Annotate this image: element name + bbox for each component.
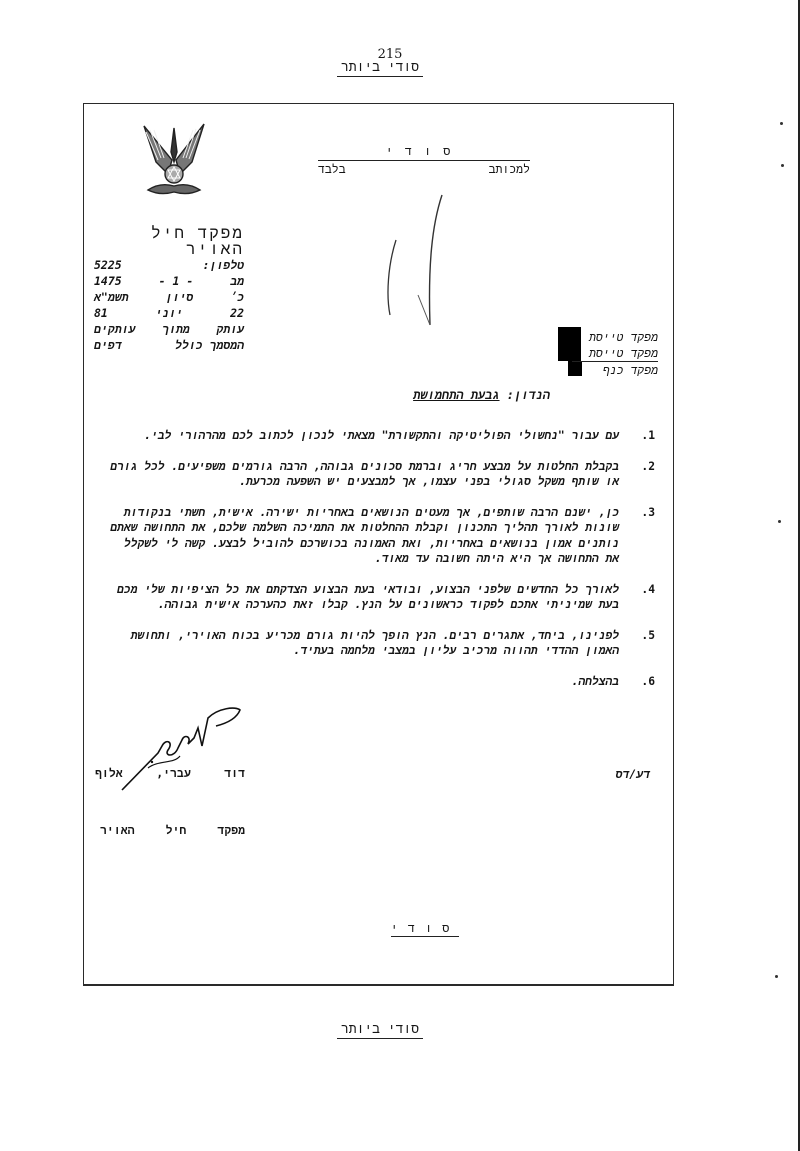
subject-label: הנדון: [507, 388, 550, 402]
paragraph-text: בהצלחה. [108, 674, 619, 690]
air-force-emblem-icon [138, 122, 210, 200]
paragraph: 3. כן, ישנם הרבה שותפים, אך מעטים הנושאי… [108, 505, 655, 567]
scan-speck [781, 164, 784, 167]
unit-row-hebrew-date: כ׳ סיון תשמ"א [94, 289, 244, 305]
paragraph: 5. לפנינו, ביחד, אתגרים רבים. הנץ הופך ל… [108, 628, 655, 659]
paragraph-text: בקבלת החלטות על מבצע חריג וברמת סכונים ג… [108, 459, 619, 490]
unit-row-reference: מב - 1 - 1475 [94, 273, 244, 289]
signer-first-name: דוד [224, 766, 245, 781]
unit-row-value: עותקים [94, 321, 135, 337]
paragraph-number: 2. [619, 459, 655, 490]
unit-row-value: 81 [94, 305, 108, 321]
subject-text: גבעת התחמושת [413, 388, 499, 402]
paragraph: 6. בהצלחה. [108, 674, 655, 690]
unit-row-middle: - 1 - [122, 273, 230, 289]
subject-line: הנדון: גבעת התחמושת [310, 388, 550, 403]
signer-name: דוד עברי, אלוף [95, 766, 245, 781]
unit-row-middle [122, 337, 175, 353]
unit-row-label: מב [230, 273, 244, 289]
unit-row-value: תשמ"א [94, 289, 129, 305]
addressee-only-right: למכותב [489, 162, 530, 177]
paragraph-text: עם עבור "נחשולי הפוליטיקה והתקשורת" מצאת… [108, 428, 619, 444]
unit-row-phone: טלפון: 5225 [94, 257, 244, 273]
paragraph: 1. עם עבור "נחשולי הפוליטיקה והתקשורת" מ… [108, 428, 655, 444]
scan-speck [775, 975, 778, 978]
recipient: מפקד כנף [572, 362, 658, 378]
paragraph-text: לפנינו, ביחד, אתגרים רבים. הנץ הופך להיו… [108, 628, 619, 659]
unit-row-middle: יוני [108, 305, 230, 321]
unit-info-block: מפקד חיל האויר טלפון: 5225 מב - 1 - 1475… [94, 225, 244, 353]
paragraph-number: 5. [619, 628, 655, 659]
classification-top-label: סודי ביותר [337, 60, 423, 77]
unit-title: מפקד חיל האויר [94, 225, 244, 257]
recipient: מפקד טייסת [572, 345, 658, 362]
paragraph-number: 1. [619, 428, 655, 444]
secret-header: סודי למכותב בלבד [318, 144, 530, 177]
signer-title: מפקד חיל האויר [100, 823, 245, 838]
unit-row-middle: סיון [129, 289, 231, 305]
classification-bottom: סודי ביותר [320, 1022, 440, 1037]
signer-title-word: מפקד [217, 823, 245, 838]
unit-row-value: דפים [94, 337, 122, 353]
scan-speck [780, 122, 783, 125]
signer-rank: אלוף [95, 766, 123, 781]
unit-row-value: 1475 [94, 273, 122, 289]
unit-row-middle: מתוך [135, 321, 216, 337]
paragraph-number: 6. [619, 674, 655, 690]
secret-footer-label: סודי [391, 921, 460, 937]
paragraph-text: לאורך כל החדשים שלפני הבצוע, ובודאי בעת … [108, 582, 619, 613]
unit-row-copy: עותק מתוך עותקים [94, 321, 244, 337]
unit-row-label: עותק [216, 321, 244, 337]
reference-initials: דע/דס [580, 767, 650, 782]
recipients-list: מפקד טייסת מפקד טייסת מפקד כנף [572, 329, 658, 378]
unit-row-label: כ׳ [230, 289, 244, 305]
signer-title-word: האויר [100, 823, 135, 838]
scan-speck [778, 520, 781, 523]
unit-row-label: טלפון: [203, 257, 244, 273]
unit-row-pages: המסמך כולל דפים [94, 337, 244, 353]
unit-row-label: המסמך כולל [175, 337, 244, 353]
addressee-only-left: בלבד [318, 162, 346, 177]
paragraph-text: כן, ישנם הרבה שותפים, אך מעטים הנושאים ב… [108, 505, 619, 567]
paragraph: 2. בקבלת החלטות על מבצע חריג וברמת סכוני… [108, 459, 655, 490]
paragraph-number: 3. [619, 505, 655, 567]
unit-row-label: 22 [230, 305, 244, 321]
handwritten-marks-icon [380, 185, 460, 335]
paragraph-number: 4. [619, 582, 655, 613]
signer-title-word: חיל [166, 823, 187, 838]
letter-body: 1. עם עבור "נחשולי הפוליטיקה והתקשורת" מ… [108, 428, 655, 704]
classification-top: סודי ביותר [320, 60, 440, 75]
secret-label: סודי [318, 144, 530, 161]
unit-row-middle [122, 257, 203, 273]
recipient: מפקד טייסת [572, 329, 658, 345]
secret-footer: סודי [380, 921, 470, 936]
paragraph: 4. לאורך כל החדשים שלפני הבצוע, ובודאי ב… [108, 582, 655, 613]
classification-bottom-label: סודי ביותר [337, 1022, 423, 1039]
signer-last-name: עברי, [156, 766, 191, 781]
unit-row-value: 5225 [94, 257, 122, 273]
unit-row-date: 22 יוני 81 [94, 305, 244, 321]
